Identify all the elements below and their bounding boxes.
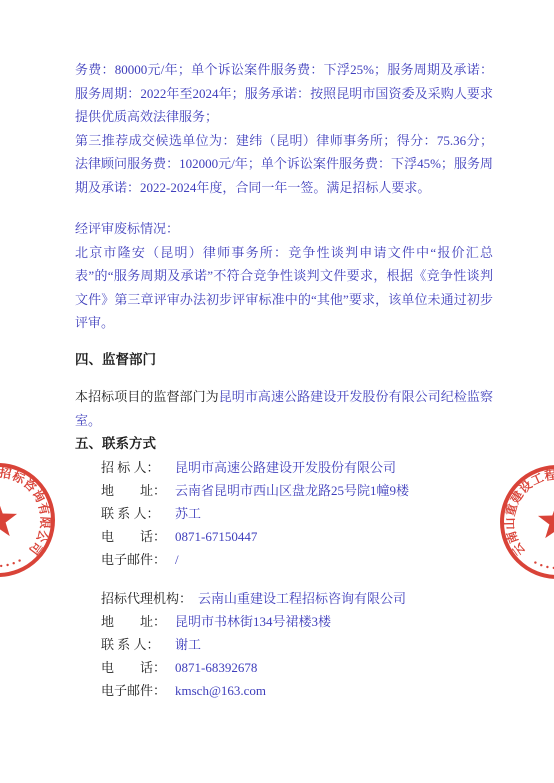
contact-value: 昆明市高速公路建设开发股份有限公司 (175, 456, 396, 479)
document-page: 务费：80000元/年；单个诉讼案件服务费：下浮25%；服务周期及承诺：服务周期… (0, 0, 554, 783)
contact-row-email: 电子邮件： kmsch@163.com (75, 679, 493, 702)
contact-label: 地 址： (101, 610, 169, 633)
paragraph-fee-terms: 务费：80000元/年；单个诉讼案件服务费：下浮25%；服务周期及承诺：服务周期… (75, 58, 493, 129)
contact-label: 联 系 人： (101, 633, 169, 656)
paragraph-supervision: 本招标项目的监督部门为昆明市高速公路建设开发股份有限公司纪检监察室。 (75, 385, 493, 432)
seal-ring (502, 467, 554, 577)
contact-value: 昆明市书林街134号裙楼3楼 (175, 610, 331, 633)
paragraph-third-candidate: 第三推荐成交候选单位为：建纬（昆明）律师事务所；得分：75.36分；法律顾问服务… (75, 129, 493, 200)
company-seal-left: 云南山重建设工程招标咨询有限公司 (0, 460, 58, 580)
contact-label: 电 话： (101, 656, 169, 679)
rejection-section-title: 经评审废标情况： (75, 217, 493, 241)
contact-value: 云南山重建设工程招标咨询有限公司 (198, 587, 406, 610)
seal-ring (0, 465, 53, 575)
contact-row-agency: 招标代理机构： 云南山重建设工程招标咨询有限公司 (75, 587, 493, 610)
contact-block-tenderer: 招 标 人： 昆明市高速公路建设开发股份有限公司 地 址： 云南省昆明市西山区盘… (75, 456, 493, 571)
contact-row-phone: 电 话： 0871-67150447 (75, 525, 493, 548)
section-title-supervision: 四、监督部门 (75, 348, 493, 372)
contact-value: kmsch@163.com (175, 679, 266, 702)
contact-value: 谢工 (175, 633, 201, 656)
section-title-contacts: 五、联系方式 (75, 432, 493, 456)
contact-label: 招标代理机构： (101, 587, 192, 610)
star-icon (538, 502, 554, 538)
contact-value: 云南省昆明市西山区盘龙路25号院1幢9楼 (175, 479, 409, 502)
contact-label: 电子邮件： (101, 548, 169, 571)
contact-label: 联 系 人： (101, 502, 169, 525)
contact-label: 电 话： (101, 525, 169, 548)
contact-value: 苏工 (175, 502, 201, 525)
supervision-prefix-text: 本招标项目的监督部门为 (75, 389, 219, 404)
document-content: 务费：80000元/年；单个诉讼案件服务费：下浮25%；服务周期及承诺：服务周期… (75, 58, 493, 702)
contact-label: 地 址： (101, 479, 169, 502)
contact-row-address: 地 址： 昆明市书林街134号裙楼3楼 (75, 610, 493, 633)
stamp-serial-dots (534, 561, 554, 569)
contact-row-phone: 电 话： 0871-68392678 (75, 656, 493, 679)
contact-label: 招 标 人： (101, 456, 169, 479)
contact-value: / (175, 548, 179, 571)
contact-row-email: 电子邮件： / (75, 548, 493, 571)
contact-row-person: 联 系 人： 谢工 (75, 633, 493, 656)
contact-block-agency: 招标代理机构： 云南山重建设工程招标咨询有限公司 地 址： 昆明市书林街134号… (75, 587, 493, 702)
contact-row-tenderer: 招 标 人： 昆明市高速公路建设开发股份有限公司 (75, 456, 493, 479)
company-seal-right: 云南山重建设工程招标咨询有限公司 (497, 462, 554, 582)
seal-company-text: 云南山重建设工程招标咨询有限公司 (502, 467, 554, 560)
paragraph-rejection-detail: 北京市隆安（昆明）律师事务所：竞争性谈判申请文件中“报价汇总表”的“服务周期及承… (75, 241, 493, 335)
star-icon (0, 500, 17, 536)
contact-value: 0871-67150447 (175, 525, 257, 548)
seal-company-text: 云南山重建设工程招标咨询有限公司 (0, 465, 53, 558)
contact-value: 0871-68392678 (175, 656, 257, 679)
contact-row-person: 联 系 人： 苏工 (75, 502, 493, 525)
stamp-serial-dots (0, 559, 21, 567)
contact-label: 电子邮件： (101, 679, 169, 702)
contact-row-address: 地 址： 云南省昆明市西山区盘龙路25号院1幢9楼 (75, 479, 493, 502)
